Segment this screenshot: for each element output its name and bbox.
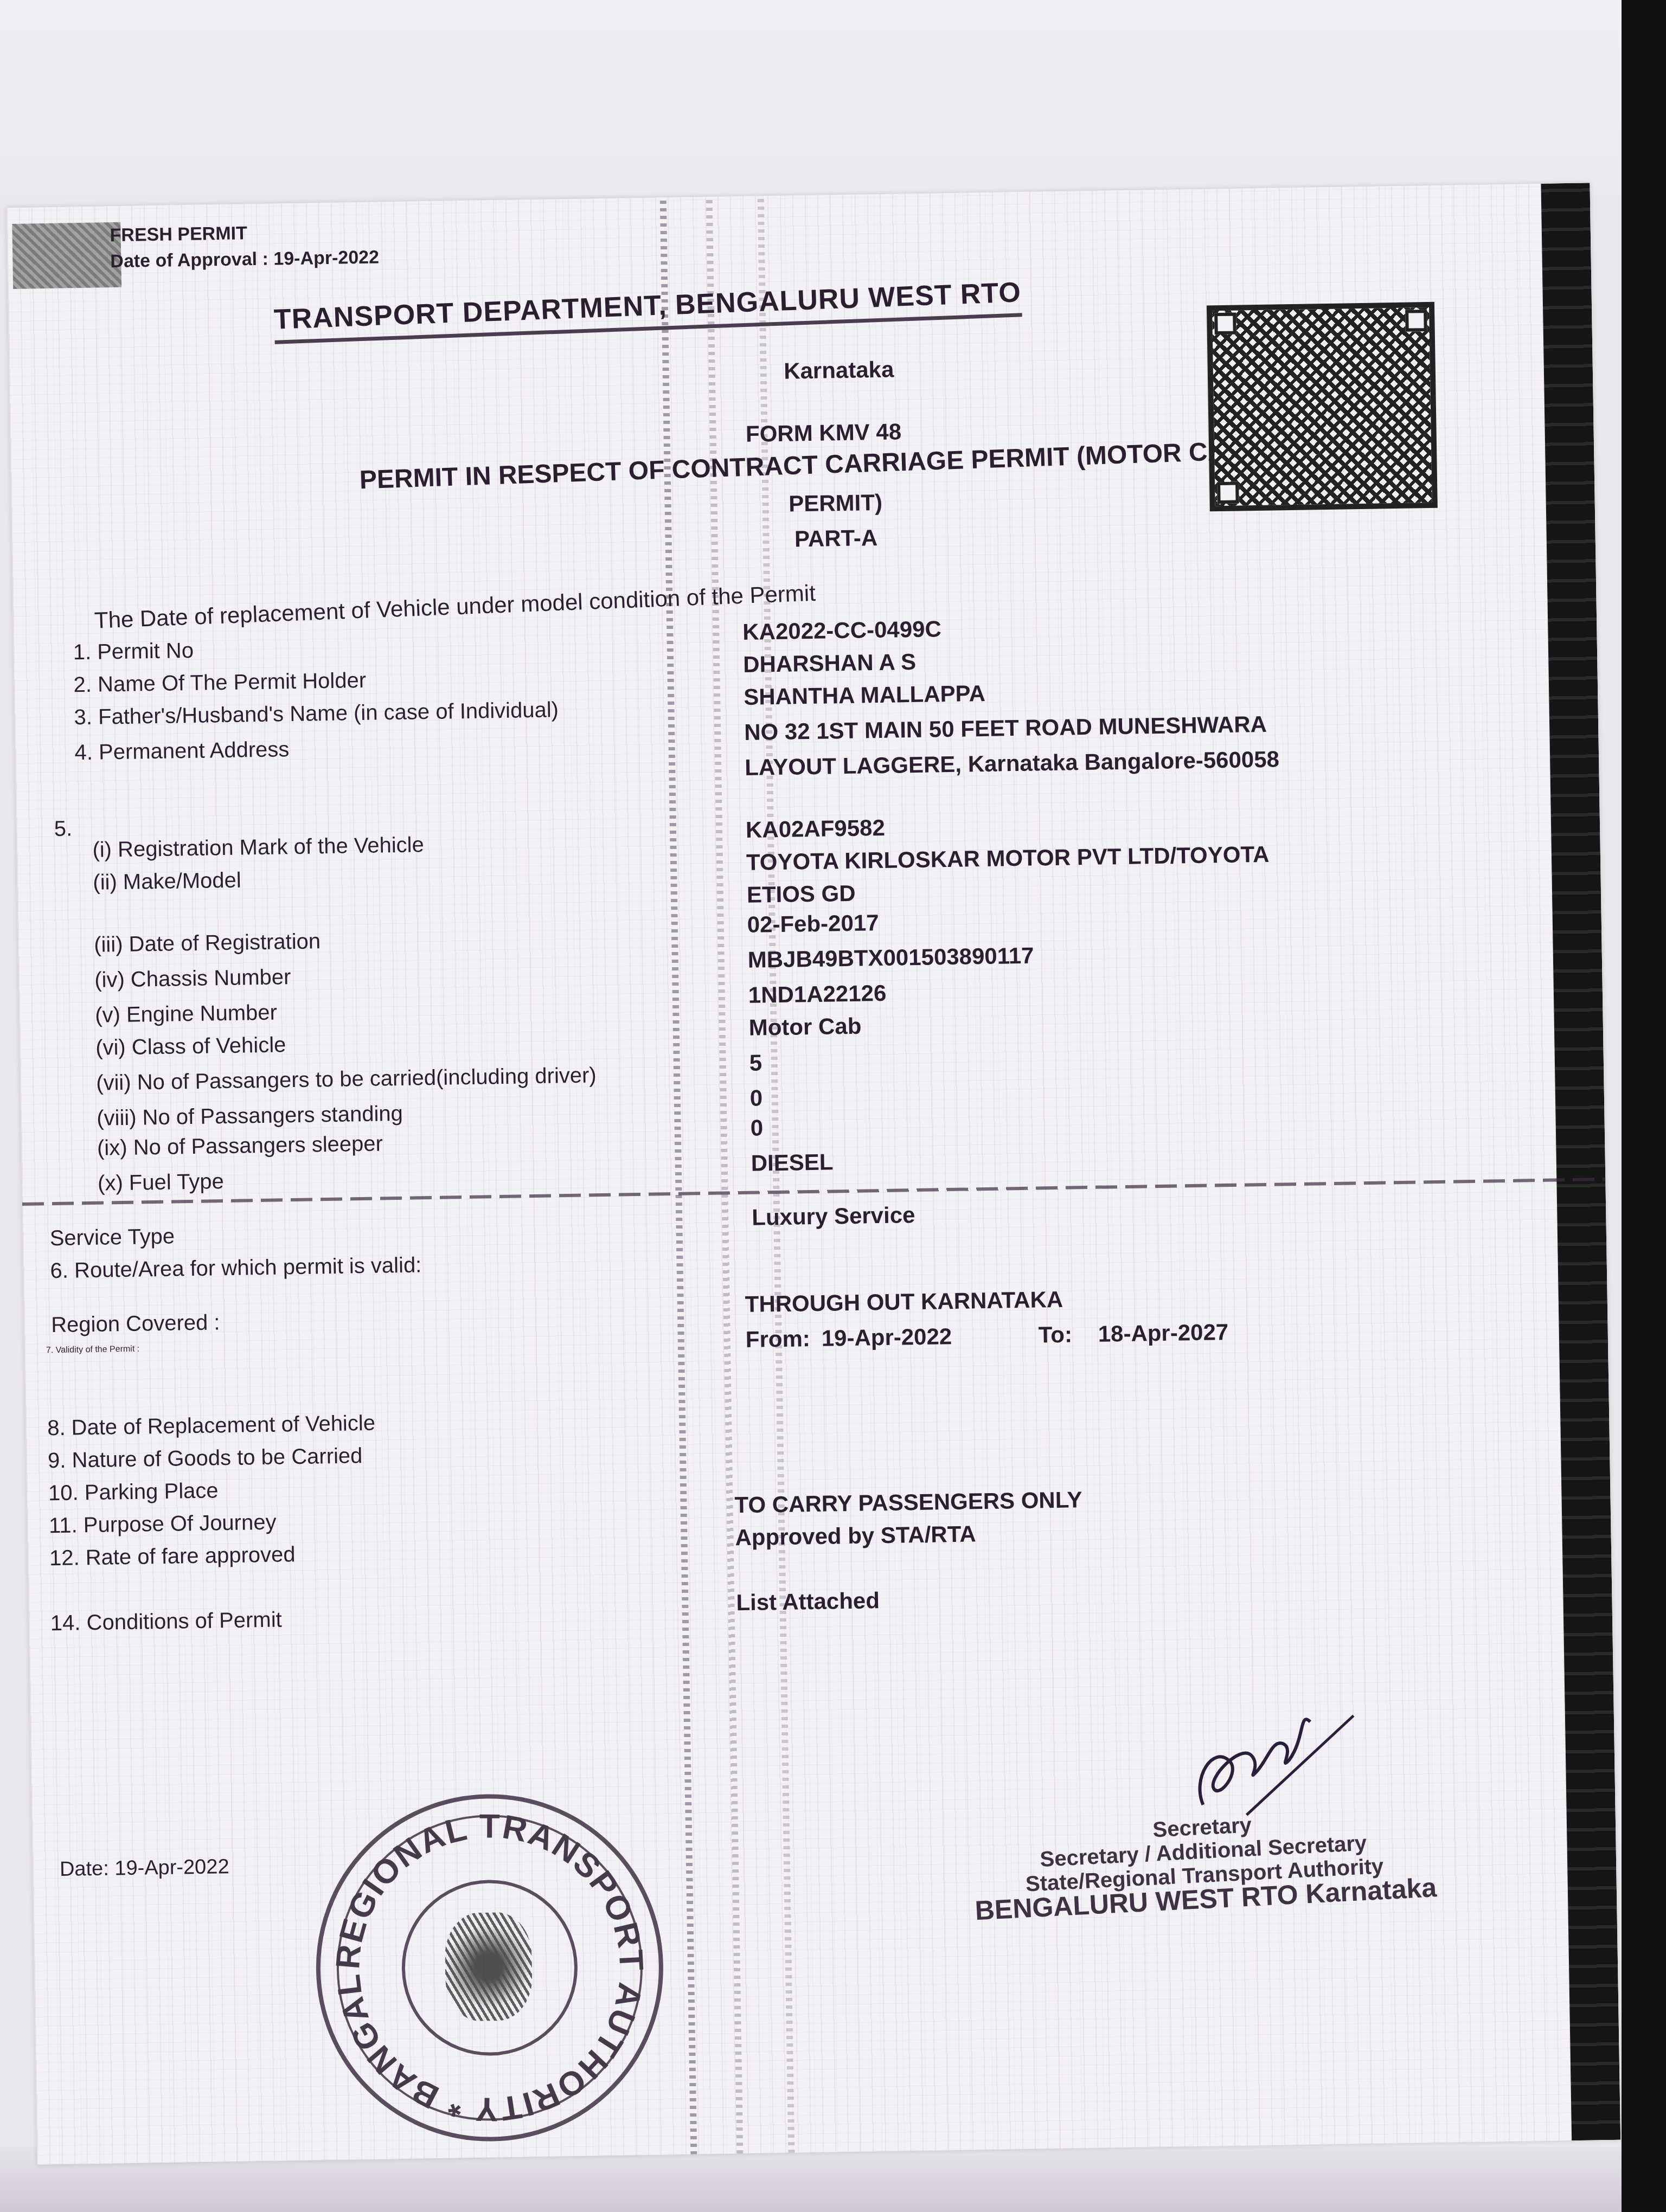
dark-edge xyxy=(1622,0,1666,2212)
field-label: 5. xyxy=(54,816,72,841)
svg-text:REGIONAL TRANSPORT AUTHORITY *: REGIONAL TRANSPORT AUTHORITY * BANGALORE… xyxy=(318,1796,652,2131)
department-title: TRANSPORT DEPARTMENT, BENGALURU WEST RTO xyxy=(273,276,1022,344)
field-value: MBJB49BTX001503890117 xyxy=(747,943,1034,973)
field-value: Approved by STA/RTA xyxy=(735,1521,976,1551)
photo-background-top xyxy=(0,0,1666,195)
field-value: 02-Feb-2017 xyxy=(747,910,879,938)
field-label: 2. Name Of The Permit Holder xyxy=(73,668,366,697)
field-value-cont: LAYOUT LAGGERE, Karnataka Bangalore-5600… xyxy=(745,746,1279,780)
field-label: (ii) Make/Model xyxy=(93,869,241,895)
field-value: 0 xyxy=(750,1115,763,1141)
signature-icon xyxy=(1180,1694,1361,1821)
seal-text-ring: REGIONAL TRANSPORT AUTHORITY * BANGALORE… xyxy=(318,1796,662,2140)
field-label: 14. Conditions of Permit xyxy=(50,1608,283,1636)
field-label: Region Covered : xyxy=(51,1310,220,1338)
field-label: (ix) No of Passangers sleeper xyxy=(97,1131,383,1160)
issue-date: Date: 19-Apr-2022 xyxy=(60,1855,229,1881)
validity-to: 18-Apr-2027 xyxy=(1098,1319,1228,1347)
field-label: 1. Permit No xyxy=(73,639,194,665)
qr-finder-icon xyxy=(1214,313,1236,335)
field-value: 1ND1A22126 xyxy=(748,980,886,1008)
field-value: DIESEL xyxy=(751,1149,833,1176)
qr-finder-icon xyxy=(1405,310,1427,332)
intro-text: The Date of replacement of Vehicle under… xyxy=(94,580,816,634)
permit-document: FRESH PERMIT Date of Approval : 19-Apr-2… xyxy=(7,183,1620,2164)
field-label: 10. Parking Place xyxy=(48,1478,219,1506)
approval-stamp: FRESH PERMIT Date of Approval : 19-Apr-2… xyxy=(110,218,379,274)
validity-from-label: From: xyxy=(745,1326,810,1353)
field-value: THROUGH OUT KARNATAKA xyxy=(745,1287,1063,1317)
validity-label: 7. Validity of the Permit : xyxy=(46,1345,139,1356)
qr-finder-icon xyxy=(1217,482,1239,504)
field-label: (vii) No of Passangers to be carried(inc… xyxy=(96,1063,597,1095)
field-label: 9. Nature of Goods to be Carried xyxy=(48,1444,363,1473)
field-value: TO CARRY PASSENGERS ONLY xyxy=(734,1487,1082,1518)
copy-streak xyxy=(660,197,697,2155)
field-label: (viii) No of Passangers standing xyxy=(97,1102,403,1131)
field-label: 11. Purpose Of Journey xyxy=(49,1510,277,1539)
validity-to-label: To: xyxy=(1038,1322,1072,1348)
scan-edge-bar xyxy=(1541,183,1620,2140)
field-label: (v) Engine Number xyxy=(95,1001,277,1028)
field-label: Service Type xyxy=(49,1225,175,1251)
field-label: (x) Fuel Type xyxy=(98,1169,224,1196)
field-label: 3. Father's/Husband's Name (in case of I… xyxy=(74,698,559,730)
field-value: 5 xyxy=(749,1050,762,1076)
copy-streak xyxy=(706,197,744,2154)
field-label: 4. Permanent Address xyxy=(74,737,289,765)
rta-seal-icon: REGIONAL TRANSPORT AUTHORITY * BANGALORE… xyxy=(313,1792,666,2144)
field-value: KA2022-CC-0499C xyxy=(742,616,941,645)
stamp-title: FRESH PERMIT xyxy=(110,218,379,248)
field-value: DHARSHAN A S xyxy=(743,649,917,678)
field-value: TOYOTA KIRLOSKAR MOTOR PVT LTD/TOYOTA xyxy=(746,841,1270,876)
field-label: (vi) Class of Vehicle xyxy=(95,1033,286,1060)
field-label: (i) Registration Mark of the Vehicle xyxy=(92,833,424,863)
validity-from: 19-Apr-2022 xyxy=(821,1323,952,1352)
stamp-date: Date of Approval : 19-Apr-2022 xyxy=(110,244,379,274)
field-value: Motor Cab xyxy=(748,1013,861,1041)
field-label: (iv) Chassis Number xyxy=(94,965,291,993)
field-value: List Attached xyxy=(736,1587,880,1616)
field-value: SHANTHA MALLAPPA xyxy=(744,680,985,710)
approval-stamp-icon xyxy=(12,222,121,289)
field-label: 12. Rate of fare approved xyxy=(49,1542,296,1571)
field-label: 6. Route/Area for which permit is valid: xyxy=(50,1253,421,1283)
seal-text: REGIONAL TRANSPORT AUTHORITY * BANGALORE… xyxy=(318,1796,652,2131)
field-label: 8. Date of Replacement of Vehicle xyxy=(47,1411,375,1441)
field-label: (iii) Date of Registration xyxy=(94,929,321,957)
field-value: Luxury Service xyxy=(752,1202,915,1231)
field-value-cont: ETIOS GD xyxy=(747,880,856,908)
field-value: 0 xyxy=(749,1085,762,1111)
signatory-block: Secretary Secretary / Additional Secreta… xyxy=(931,1802,1477,1925)
field-value: NO 32 1ST MAIN 50 FEET ROAD MUNESHWARA xyxy=(744,711,1267,745)
qr-code-icon xyxy=(1207,302,1438,512)
fold-line xyxy=(22,1178,1606,1206)
field-value: KA02AF9582 xyxy=(746,815,886,843)
